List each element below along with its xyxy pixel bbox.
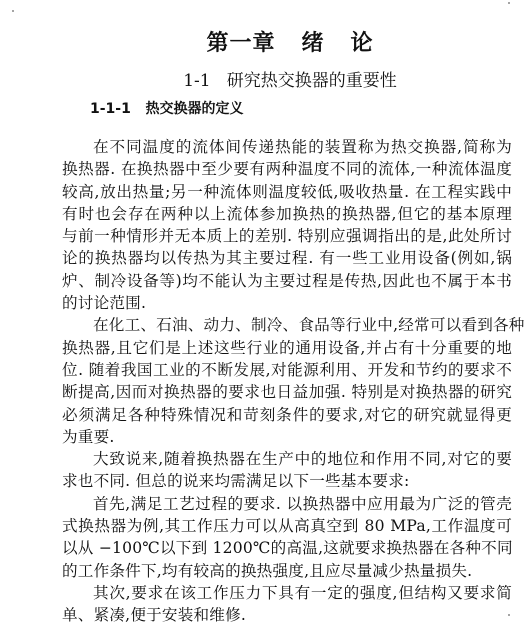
- scan-speck: [508, 2, 510, 4]
- section-title: 1-1 研究热交换器的重要性: [0, 66, 530, 91]
- text-line: 断提高,因而对换热器的要求也日益加强. 特别是对换热器的研究: [62, 381, 512, 403]
- document-page: 第一章 绪 论 1-1 研究热交换器的重要性 1-1-1 热交换器的定义 在不同…: [0, 0, 530, 626]
- text-line: 的讨论范围.: [62, 292, 512, 314]
- text-line: 论的换热器均以传热为其主要过程. 有一些工业用设备(例如,锅: [62, 247, 512, 269]
- text-line: 与前一种情形并无本质上的差别. 特别应强调指出的是,此处所讨: [62, 225, 512, 247]
- text-line: 有时也会存在两种以上流体参加换热的换热器,但它的基本原理: [62, 203, 512, 225]
- text-line: 在化工、石油、动力、制冷、食品等行业中,经常可以看到各种: [62, 314, 512, 336]
- chapter-title: 第一章 绪 论: [0, 26, 530, 57]
- text-line: 其次,要求在该工作压力下具有一定的强度,但结构又要求简: [62, 582, 512, 604]
- text-line: 求也不同. 但总的说来均需满足以下一些基本要求:: [62, 470, 512, 492]
- text-line: 较高,放出热量;另一种流体则温度较低,吸收热量. 在工程实践中: [62, 181, 512, 203]
- text-line: 换热器,且它们是上述这些行业的通用设备,并占有十分重要的地: [62, 337, 512, 359]
- text-line: 单、紧凑,便于安装和维修.: [62, 604, 512, 626]
- subsection-title: 1-1-1 热交换器的定义: [90, 98, 243, 118]
- text-line: 必须满足各种特殊情况和苛刻条件的要求,对它的研究就显得更: [62, 404, 512, 426]
- text-line: 炉、制冷设备等)均不能认为主要过程是传热,因此也不属于本书: [62, 270, 512, 292]
- scan-speck: [508, 614, 510, 616]
- body-text: 在不同温度的流体间传递热能的装置称为热交换器,简称为 换热器. 在换热器中至少要…: [62, 136, 512, 626]
- text-line: 的工作条件下,均有较高的换热强度,且应尽量减少热量损失.: [62, 560, 512, 582]
- text-line: 大致说来,随着换热器在生产中的地位和作用不同,对它的要: [62, 448, 512, 470]
- text-line: 位. 随着我国工业的不断发展,对能源利用、开发和节约的要求不: [62, 359, 512, 381]
- text-line: 首先,满足工艺过程的要求. 以换热器中应用最为广泛的管壳: [62, 493, 512, 515]
- text-line: 在不同温度的流体间传递热能的装置称为热交换器,简称为: [62, 136, 512, 158]
- text-line: 以从 −100℃以下到 1200℃的高温,这就要求换热器在各种不同: [62, 537, 512, 559]
- text-line: 换热器. 在换热器中至少要有两种温度不同的流体,一种流体温度: [62, 158, 512, 180]
- text-line: 为重要.: [62, 426, 512, 448]
- scan-speck: [12, 10, 14, 12]
- text-line: 式换热器为例,其工作压力可以从高真空到 80 MPa,工作温度可: [62, 515, 512, 537]
